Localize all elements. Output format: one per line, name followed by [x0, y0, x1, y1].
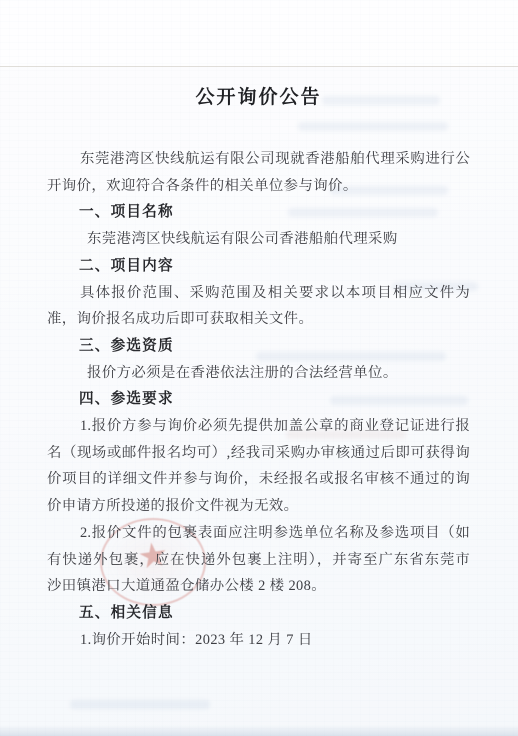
- paragraph-line: 1.报价方参与询价必须先提供加盖公章的商业登记证进行报: [47, 413, 470, 440]
- paragraph-line: 东莞港湾区快线航运有限公司现就香港船舶代理采购进行公: [47, 146, 470, 173]
- paragraph-line: 名（现场或邮件报名均可）,经我司采购办审核通过后即可获得询: [47, 440, 470, 467]
- paragraph-line: 东莞港湾区快线航运有限公司香港船舶代理采购: [47, 226, 470, 253]
- document-text: 东莞港湾区快线航运有限公司现就香港船舶代理采购进行公 开询价，欢迎符合各条件的相…: [47, 146, 470, 653]
- paragraph-line: 价申请方所投递的报价文件视为无效。: [47, 493, 470, 520]
- section-heading: 三、参选资质: [47, 333, 470, 360]
- paragraph-line: 沙田镇港口大道通盈仓储办公楼 2 楼 208。: [47, 573, 470, 600]
- section-heading: 二、项目内容: [47, 253, 470, 280]
- paragraph-line: 1.询价开始时间：2023 年 12 月 7 日: [47, 627, 470, 654]
- paragraph-line: 2.报价文件的包裹表面应注明参选单位名称及参选项目（如: [47, 520, 470, 547]
- scanned-document-page: ★ 公开询价公告 东莞港湾区快线航运有限公司现就香港船舶代理采购进行公 开询价，…: [0, 0, 518, 736]
- paragraph-line: 有快递外包裹，应在快递外包裹上注明），并寄至广东省东莞市: [47, 547, 470, 574]
- section-heading: 四、参选要求: [47, 386, 470, 413]
- paragraph-line: 准，询价报名成功后即可获取相关文件。: [47, 306, 470, 333]
- document-body: 公开询价公告 东莞港湾区快线航运有限公司现就香港船舶代理采购进行公 开询价，欢迎…: [47, 0, 470, 653]
- section-heading: 一、项目名称: [47, 199, 470, 226]
- document-title: 公开询价公告: [47, 84, 470, 112]
- section-heading: 五、相关信息: [47, 600, 470, 627]
- paragraph-line: 开询价，欢迎符合各条件的相关单位参与询价。: [47, 173, 470, 200]
- paragraph-line: 具体报价范围、采购范围及相关要求以本项目相应文件为: [47, 280, 470, 307]
- scan-edge-shadow: [0, 725, 518, 736]
- paragraph-line: 报价方必须是在香港依法注册的合法经营单位。: [47, 360, 470, 387]
- bleedthrough-mark: [70, 700, 210, 709]
- paragraph-line: 价项目的详细文件并参与询价，未经报名或报名审核不通过的询: [47, 466, 470, 493]
